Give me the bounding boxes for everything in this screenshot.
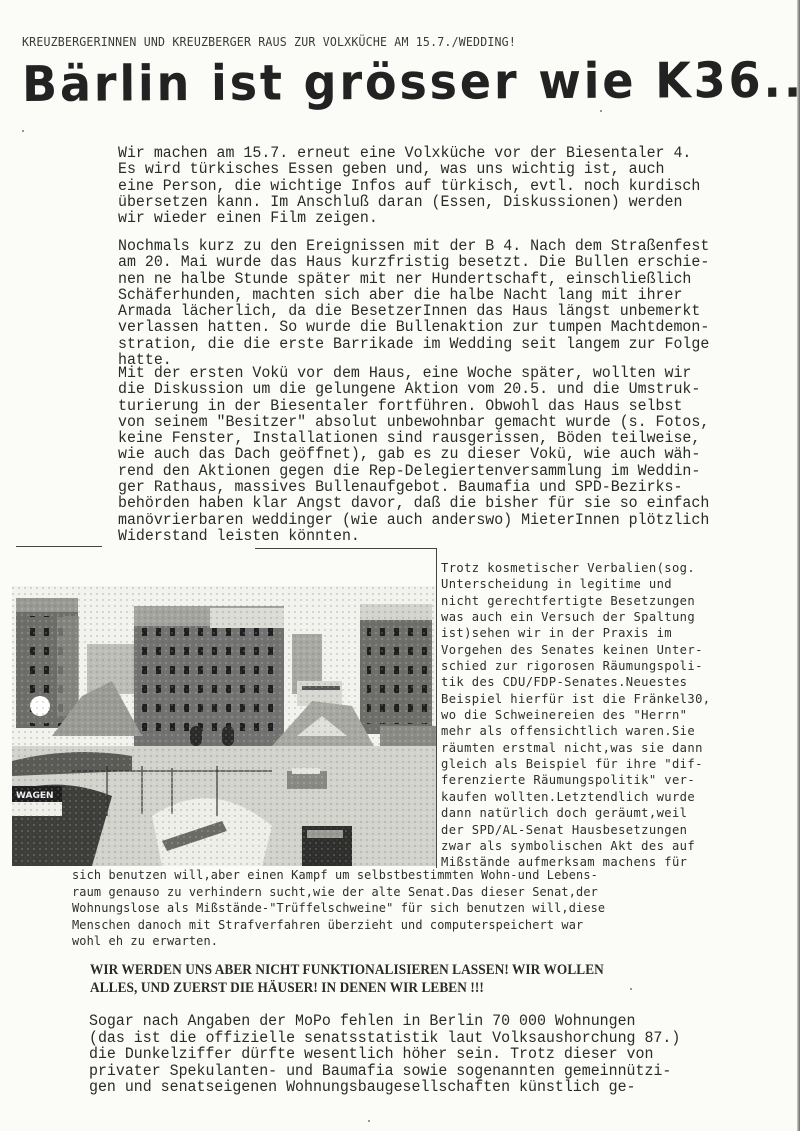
- text-line: Es wird türkisches Essen geben und, was …: [118, 161, 700, 177]
- text-line: stration, die die erste Barrikade im Wed…: [118, 336, 709, 352]
- text-line: Mit der ersten Vokü vor dem Haus, eine W…: [118, 365, 709, 381]
- text-line: WIR WERDEN UNS ABER NICHT FUNKTIONALISIE…: [90, 961, 604, 979]
- text-line: Sogar nach Angaben der MoPo fehlen in Be…: [89, 1013, 680, 1030]
- text-line: eine Person, die wichtige Infos auf türk…: [118, 178, 700, 194]
- text-line: Trotz kosmetischer Verbalien(sog.: [441, 561, 710, 577]
- text-line: verlassen hatten. So wurde die Bullenakt…: [118, 319, 709, 335]
- text-line: privater Spekulanten- und Baumafia sowie…: [89, 1063, 680, 1080]
- text-line: am 20. Mai wurde das Haus kurzfristig be…: [118, 254, 709, 270]
- text-line: wohl eh zu erwarten.: [72, 934, 605, 951]
- text-line: Vorgehen des Senates keinen Unter-: [441, 643, 710, 659]
- demolition-photo: WAGEN: [12, 586, 436, 866]
- text-line: Beispiel hierfür ist die Fränkel30,: [441, 692, 710, 708]
- text-line: turierung in der Biesentaler fortführen.…: [118, 398, 709, 414]
- text-line: nicht gerechtfertigte Besetzungen: [441, 594, 710, 610]
- text-line: Widerstand leisten könnten.: [118, 528, 709, 544]
- text-line: gleich als Beispiel für ihre "dif-: [441, 757, 710, 773]
- text-line: zwar als symbolischen Akt des auf: [441, 839, 710, 855]
- text-line: ALLES, UND ZUERST DIE HÄUSER! IN DENEN W…: [90, 979, 604, 997]
- scan-speck: [600, 110, 602, 112]
- scan-speck: [22, 130, 24, 132]
- text-line: die Diskussion um die gelungene Aktion v…: [118, 381, 709, 397]
- text-line: rend den Aktionen gegen die Rep-Delegier…: [118, 463, 709, 479]
- text-line: Schäferhunden, machten sich aber die hal…: [118, 287, 709, 303]
- text-line: nen ne halbe Stunde später mit ner Hunde…: [118, 271, 709, 287]
- text-line: tik des CDU/FDP-Senates.Neuestes: [441, 675, 710, 691]
- text-line: ger Rathaus, massives Bullenaufgebot. Ba…: [118, 479, 709, 495]
- photo-frame-top: [255, 548, 437, 549]
- divider-left: [16, 546, 102, 547]
- text-line: ferenzierte Räumungspolitik" ver-: [441, 773, 710, 789]
- text-line: behörden haben klar Angst davor, daß die…: [118, 495, 709, 511]
- text-line: manövrierbaren weddinger (wie auch ander…: [118, 512, 709, 528]
- headline: Bärlin ist grösser wie K36...: [22, 52, 800, 113]
- text-line: wie auch das Dach geöffnet), gab es zu d…: [118, 446, 709, 462]
- text-line: Menschen danoch mit Strafverfahren überz…: [72, 918, 605, 935]
- text-line: Nochmals kurz zu den Ereignissen mit der…: [118, 238, 709, 254]
- paragraph-events-b4: Nochmals kurz zu den Ereignissen mit der…: [118, 238, 728, 368]
- text-line: raum genauso zu verhindern sucht,wie der…: [72, 885, 605, 902]
- bottom-column-text: sich benutzen will,aber einen Kampf um s…: [72, 868, 645, 951]
- text-line: kaufen wollten.Letztendlich wurde: [441, 790, 710, 806]
- text-line: räumten erstmal nicht,was sie dann: [441, 741, 710, 757]
- text-line: schied zur rigorosen Räumungspoli-: [441, 659, 710, 675]
- photo-frame-right: [436, 548, 437, 868]
- text-line: Wir machen am 15.7. erneut eine Volxküch…: [118, 145, 700, 161]
- text-line: (das ist die offizielle senatsstatistik …: [89, 1030, 680, 1047]
- text-line: was auch ein Versuch der Spaltung: [441, 610, 710, 626]
- text-line: gen und senatseigenen Wohnungsbaugesells…: [89, 1079, 680, 1096]
- text-line: sich benutzen will,aber einen Kampf um s…: [72, 868, 605, 885]
- text-line: von seinem "Besitzer" absolut unbewohnba…: [118, 414, 709, 430]
- paragraph-housing-shortage: Sogar nach Angaben der MoPo fehlen in Be…: [89, 1013, 699, 1096]
- text-line: übersetzen kann. Im Anschluß daran (Esse…: [118, 194, 700, 210]
- banner-line: KREUZBERGERINNEN UND KREUZBERGER RAUS ZU…: [22, 34, 516, 49]
- text-line: wir wieder einen Film zeigen.: [118, 210, 700, 226]
- paragraph-volxkueche: Wir machen am 15.7. erneut eine Volxküch…: [118, 145, 718, 226]
- text-line: dann natürlich doch geräumt,weil: [441, 806, 710, 822]
- text-line: mehr als offensichtlich waren.Sie: [441, 724, 710, 740]
- text-line: wo die Schweinereien des "Herrn": [441, 708, 710, 724]
- text-line: keine Fenster, Installationen sind rausg…: [118, 430, 709, 446]
- text-line: der SPD/AL-Senat Hausbesetzungen: [441, 823, 710, 839]
- text-line: Unterscheidung in legitime und: [441, 577, 710, 593]
- text-line: Armada lächerlich, da die BesetzerInnen …: [118, 303, 709, 319]
- text-line: die Dunkelziffer dürfte wesentlich höher…: [89, 1046, 680, 1063]
- right-column-text: Trotz kosmetischer Verbalien(sog.Untersc…: [441, 561, 725, 872]
- text-line: ist)sehen wir in der Praxis im: [441, 626, 710, 642]
- paragraph-first-voku: Mit der ersten Vokü vor dem Haus, eine W…: [118, 365, 728, 544]
- scan-speck: [630, 988, 632, 990]
- text-line: Wohnungslose als Mißstände-"Trüffelschwe…: [72, 901, 605, 918]
- scan-speck: [368, 1120, 370, 1122]
- slogan: WIR WERDEN UNS ABER NICHT FUNKTIONALISIE…: [90, 961, 655, 997]
